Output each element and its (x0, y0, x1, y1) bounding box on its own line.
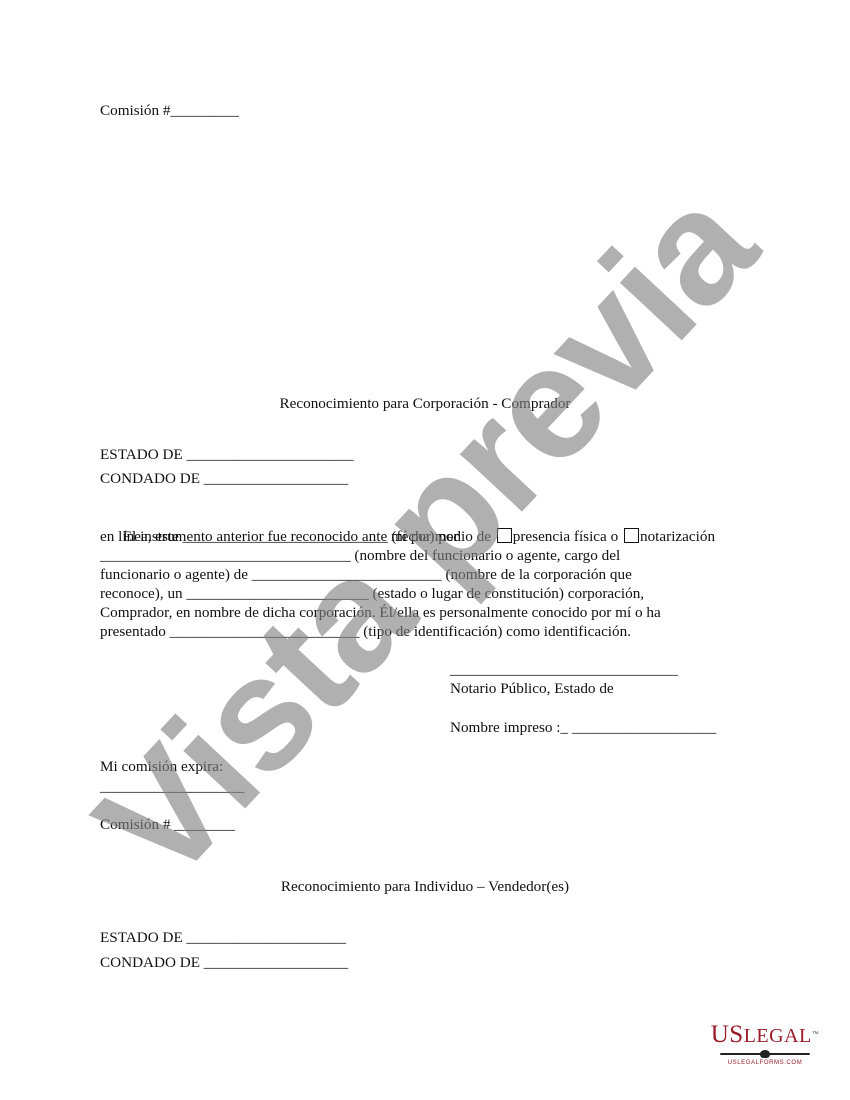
paragraph-line-1b: presencia física o (513, 528, 622, 545)
checkbox-online-notarization[interactable] (624, 528, 639, 543)
paragraph-line-5: reconoce), un ________________________ (… (100, 584, 644, 603)
uslegal-logo[interactable]: USLEGAL™ USLEGALFORMS.COM (705, 1022, 825, 1066)
commission-expires-line: ___________________ (100, 777, 244, 796)
section-title-corporation-buyer: Reconocimiento para Corporación - Compra… (0, 395, 850, 413)
county-field: CONDADO DE ___________________ (100, 469, 348, 488)
logo-wordmark: USLEGAL™ (705, 1022, 825, 1049)
paragraph-line-4: funcionario o agente) de _______________… (100, 565, 632, 584)
county-field-2: CONDADO DE ___________________ (100, 953, 348, 972)
top-commission-number: Comisión #_________ (100, 101, 239, 120)
signature-line: ______________________________ (450, 661, 678, 679)
section-title-individual-seller: Reconocimiento para Individuo – Vendedor… (0, 878, 850, 896)
commission-number: Comisión # ________ (100, 815, 235, 834)
state-field: ESTADO DE ______________________ (100, 445, 354, 464)
state-field-2: ESTADO DE _____________________ (100, 928, 346, 947)
paragraph-line-3: _________________________________ (nombr… (100, 546, 620, 565)
paragraph-line-6: Comprador, en nombre de dicha corporació… (100, 603, 661, 622)
notary-public-label: Notario Público, Estado de (450, 680, 614, 698)
commission-expires-label: Mi comisión expira: (100, 757, 223, 776)
paragraph-line-7: presentado _________________________ (ti… (100, 622, 631, 641)
paragraph-line-2: en línea, este _________________________… (100, 527, 459, 546)
eagle-wings-icon (720, 1050, 810, 1058)
logo-url: USLEGALFORMS.COM (705, 1060, 825, 1066)
paragraph-line-1c: notarización (640, 528, 715, 545)
checkbox-physical-presence[interactable] (497, 528, 512, 543)
printed-name-field: Nombre impreso :_ ___________________ (450, 719, 716, 737)
